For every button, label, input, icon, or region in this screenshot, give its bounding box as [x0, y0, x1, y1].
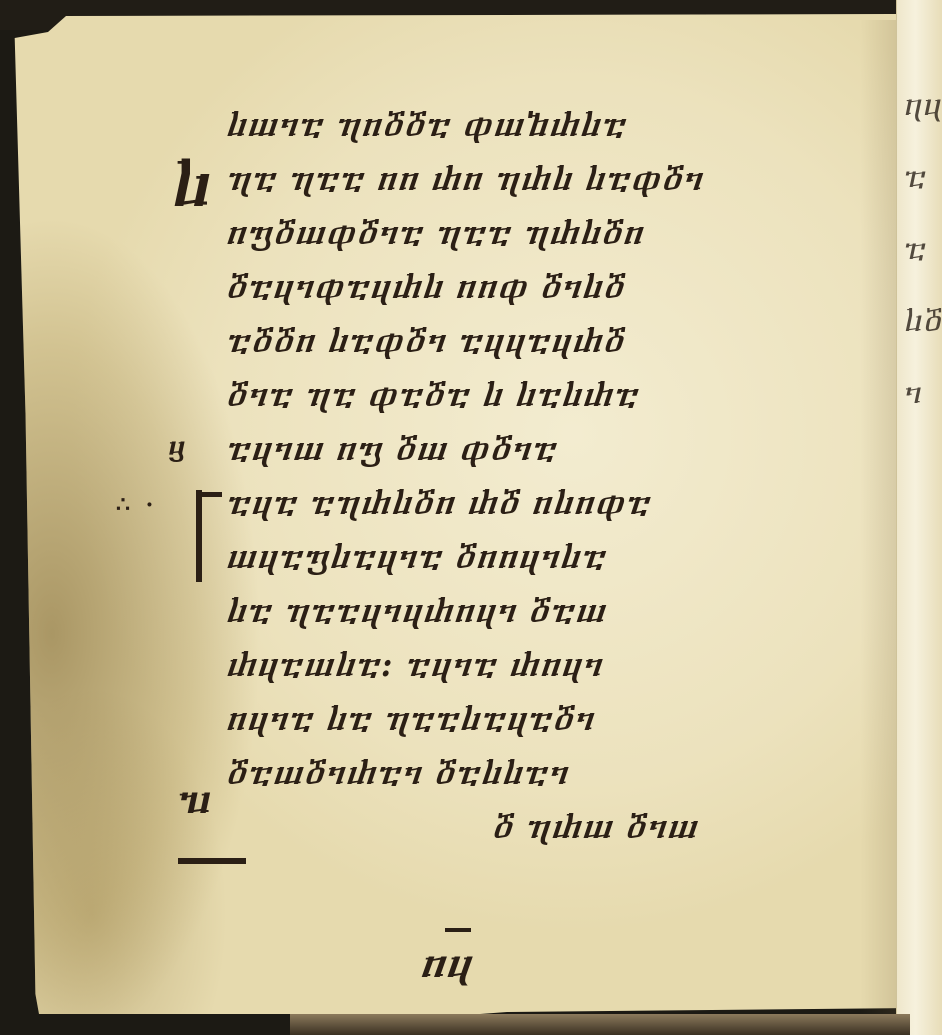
text-line-3: ⴖⴂⴃⴍⴔⴃⴈⴀ ⴄⴀⴀ ⴄⴐⴑⴃⴖ — [226, 206, 777, 260]
text-line-6: ⴃⴈⴀ ⴄⴀ ⴔⴀⴃⴀ ⴑ ⴑⴀⴑⴐⴀ — [226, 368, 777, 422]
page-fold-shadow — [860, 20, 896, 1020]
text-line-14: ⴃ ⴄⴐⴍ ⴃⴈⴍ — [226, 800, 777, 854]
text-line-10: ⴑⴀ ⴄⴀⴀⴗⴈⴗⴐⴖⴗⴈ ⴃⴀⴍ — [226, 584, 777, 638]
marginal-initial-base — [178, 858, 246, 864]
marginal-initial-top: ⴑ — [172, 148, 212, 221]
text-line-4: ⴃⴀⴗⴈⴔⴀⴗⴐⴑ ⴖⴖⴔ ⴃⴈⴑⴃ — [226, 260, 777, 314]
text-line-7: ⴀⴗⴈⴍ ⴖⴂ ⴃⴍ ⴔⴃⴈⴀ — [226, 422, 777, 476]
manuscript-text-block: ⴑⴍⴈⴀ ⴄⴖⴃⴃⴀ ⴔⴍⴆⴐⴑⴀ ⴄⴀ ⴄⴀⴀ ⴖⴖ ⴐⴖ ⴄⴐⴑ ⴑⴀⴔⴃⴈ… — [226, 98, 806, 854]
text-line-9: ⴍⴗⴀⴂⴑⴀⴗⴈⴀ ⴃⴖⴖⴗⴈⴑⴀ — [226, 530, 777, 584]
text-line-5: ⴀⴃⴃⴖ ⴑⴀⴔⴃⴈ ⴀⴗⴗⴀⴗⴐⴃ — [226, 314, 777, 368]
folio-number: ⴖⴗ — [420, 940, 472, 987]
marginal-side-mark: ⴁ — [168, 430, 186, 463]
folio-abbreviation-mark — [445, 928, 471, 932]
text-line-13: ⴃⴀⴍⴃⴈⴐⴀⴈ ⴃⴀⴑⴑⴀⴈ — [226, 746, 777, 800]
text-line-8: ⴀⴗⴀ ⴀⴄⴐⴑⴃⴖ ⴐⴃ ⴖⴑⴖⴔⴀ — [226, 476, 777, 530]
text-line-1: ⴑⴍⴈⴀ ⴄⴖⴃⴃⴀ ⴔⴍⴆⴐⴑⴀ — [226, 98, 777, 152]
paragraph-bar-top — [196, 492, 222, 497]
text-line-12: ⴖⴗⴈⴀ ⴑⴀ ⴄⴀⴀⴑⴀⴗⴀⴃⴈ — [226, 692, 777, 746]
page-bottom-edge — [290, 1014, 910, 1035]
facing-page-text: ⴄⴗⴀⴀⴑⴃⴈ — [904, 70, 942, 430]
text-line-11: ⴐⴗⴀⴍⴑⴀ: ⴀⴗⴈⴀ ⴐⴖⴗⴈ — [226, 638, 777, 692]
marginal-initial-bottom: ⴎ — [178, 776, 212, 823]
marginal-dots: ∴ · — [116, 492, 157, 518]
paragraph-bar — [196, 490, 202, 582]
text-line-2: ⴄⴀ ⴄⴀⴀ ⴖⴖ ⴐⴖ ⴄⴐⴑ ⴑⴀⴔⴃⴈ — [226, 152, 777, 206]
